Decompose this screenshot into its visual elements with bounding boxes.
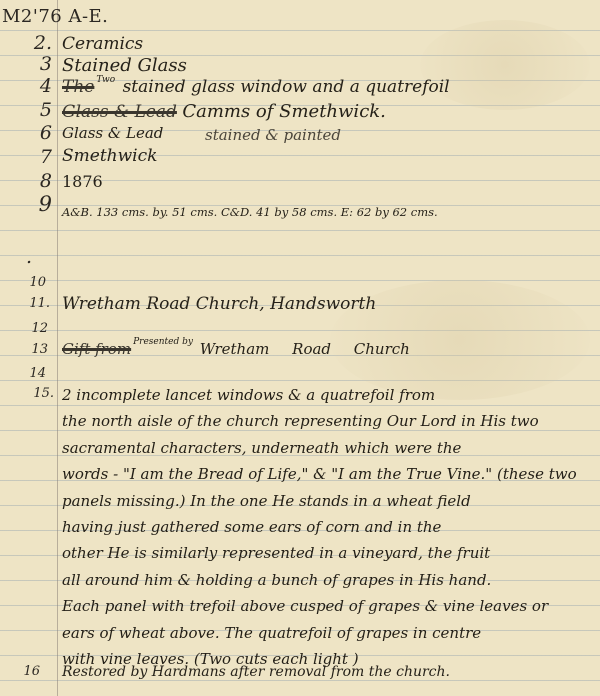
entry-text: A&B. 133 cms. by. 51 cms. C&D. 41 by 58 … [62, 205, 438, 219]
description-line: words - "I am the Bread of Life," & "I a… [62, 461, 577, 487]
entry-text: Gift fromPresented by Wretham Road Churc… [62, 340, 410, 358]
inserted-text: Two [96, 75, 115, 85]
entry-number: 7 [0, 146, 52, 168]
entry-number: 3 [0, 53, 52, 75]
inserted-text: Presented by [133, 337, 193, 347]
description-line: 2 incomplete lancet windows & a quatrefo… [62, 382, 577, 408]
struck-text: The [62, 77, 94, 97]
catalogue-header: M2'76 A-E. [2, 6, 108, 27]
entry-text: Glass & Lead [62, 124, 163, 142]
description-line: sacramental characters, underneath which… [62, 435, 577, 461]
entry-number: . [0, 246, 32, 268]
entry-text: TheTwo stained glass window and a quatre… [62, 77, 450, 97]
description-line: ears of wheat above. The quatrefoil of g… [62, 620, 577, 646]
description-line: panels missing.) In the one He stands in… [62, 488, 577, 514]
description-line: other He is similarly represented in a v… [62, 540, 577, 566]
entry-number: 11. [0, 296, 50, 311]
description-line: the north aisle of the church representi… [62, 408, 577, 434]
description-line: Each panel with trefoil above cusped of … [62, 593, 577, 619]
struck-text: Gift from [62, 340, 131, 358]
entry-number: 13 [0, 342, 48, 357]
struck-text: Glass & Lead [62, 102, 177, 122]
entry-number: 16 [0, 664, 40, 679]
entry-body: Camms of Smethwick. [182, 101, 386, 122]
entry-number: 4 [0, 75, 52, 97]
entry-body: Wretham Road Church [200, 340, 410, 358]
entry-text: 1876 [62, 172, 103, 191]
entry-text: Glass & Lead Camms of Smethwick. [62, 101, 386, 122]
description-line: all around him & holding a bunch of grap… [62, 567, 577, 593]
entry-number: 6 [0, 122, 52, 144]
entry-number: 5 [0, 99, 52, 121]
description-line: having just gathered some ears of corn a… [62, 514, 577, 540]
entry-text: Ceramics [62, 34, 143, 54]
entry-body: stained glass window and a quatrefoil [123, 77, 450, 97]
entry-number: 15. [0, 386, 54, 401]
entry-note: stained & painted [205, 126, 341, 144]
entry-number: 12 [0, 321, 48, 336]
entry-text: Smethwick [62, 146, 157, 166]
entry-number: 2. [0, 32, 52, 54]
entry-number: 10 [0, 275, 46, 290]
entry-15-description: 2 incomplete lancet windows & a quatrefo… [62, 382, 577, 672]
entry-number: 8 [0, 170, 52, 192]
entry-text: Wretham Road Church, Handsworth [62, 294, 376, 314]
margin-line [57, 0, 58, 696]
entry-number: 14 [0, 366, 46, 381]
entry-text: Restored by Hardmans after removal from … [62, 664, 450, 680]
entry-number: 9 [0, 192, 52, 216]
entry-text: Stained Glass [62, 55, 187, 76]
